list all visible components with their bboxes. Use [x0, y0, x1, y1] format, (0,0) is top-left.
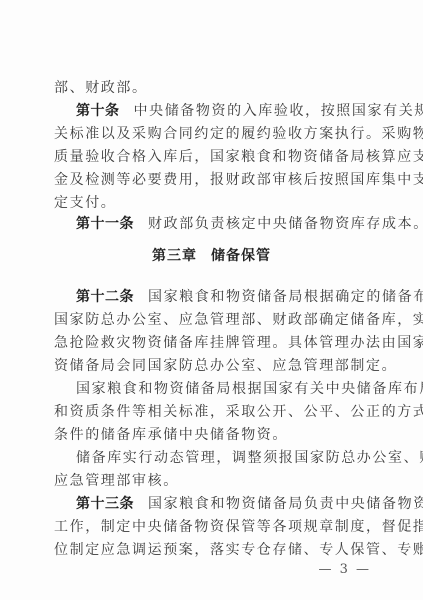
page-number: — 3 —: [318, 562, 371, 577]
article-text: 国家粮食和物资储备局负责中央储备物资保管: [148, 496, 423, 512]
article-12-line: 第十二条国家粮食和物资储备局根据确定的储备布局，商: [76, 289, 372, 305]
chapter-title: 储备保管: [211, 245, 271, 265]
text-line: 国家粮食和物资储备局根据国家有关中央储备库布局需求: [76, 381, 372, 397]
text-line: 金及检测等必要费用，报财政部审核后按照国库集中支付有关规: [54, 172, 372, 188]
text-line: 部、财政部。: [54, 80, 372, 96]
text-line: 位制定应急调运预案，落实专仓存储、专人保管、专账记载、挂: [54, 542, 372, 558]
text-line: 条件的储备库承储中央储备物资。: [54, 427, 372, 443]
text-line: 资储备局会同国家防总办公室、应急管理部制定。: [54, 358, 372, 374]
article-label: 第十一条: [76, 216, 134, 232]
text-line: 质量验收合格入库后，国家粮食和物资储备局核算应支付采购资: [54, 149, 372, 165]
text-line: 国家防总办公室、应急管理部、财政部确定储备库，实行中央应: [54, 312, 372, 328]
article-label: 第十三条: [76, 496, 134, 512]
article-11-line: 第十一条财政部负责核定中央储备物资库存成本。: [76, 216, 372, 232]
article-label: 第十二条: [76, 289, 134, 305]
article-label: 第十条: [76, 103, 120, 119]
text-line: 和资质条件等相关标准，采取公开、公平、公正的方式选择具备: [54, 404, 372, 420]
article-10-line: 第十条中央储备物资的入库验收，按照国家有关规定、相: [76, 103, 372, 119]
text-line: 关标准以及采购合同约定的履约验收方案执行。采购物资数量和: [54, 126, 372, 142]
article-text: 中央储备物资的入库验收，按照国家有关规定、相: [134, 103, 423, 119]
text-line: 应急管理部审核。: [54, 473, 372, 489]
chapter-heading: 第三章储备保管: [0, 245, 423, 265]
article-text: 国家粮食和物资储备局根据确定的储备布局，商: [148, 289, 423, 305]
text-line: 定支付。: [54, 195, 372, 211]
text-line: 工作，制定中央储备物资保管等各项规章制度，督促指导承储单: [54, 519, 372, 535]
document-page: 部、财政部。 第十条中央储备物资的入库验收，按照国家有关规定、相 关标准以及采购…: [0, 0, 423, 600]
article-text: 财政部负责核定中央储备物资库存成本。: [148, 216, 423, 232]
chapter-number: 第三章: [152, 245, 197, 265]
article-13-line: 第十三条国家粮食和物资储备局负责中央储备物资保管: [76, 496, 372, 512]
text-line: 储备库实行动态管理，调整须报国家防总办公室、财政部、: [76, 450, 372, 466]
text-line: 急抢险救灾物资储备库挂牌管理。具体管理办法由国家粮食和物: [54, 335, 372, 351]
